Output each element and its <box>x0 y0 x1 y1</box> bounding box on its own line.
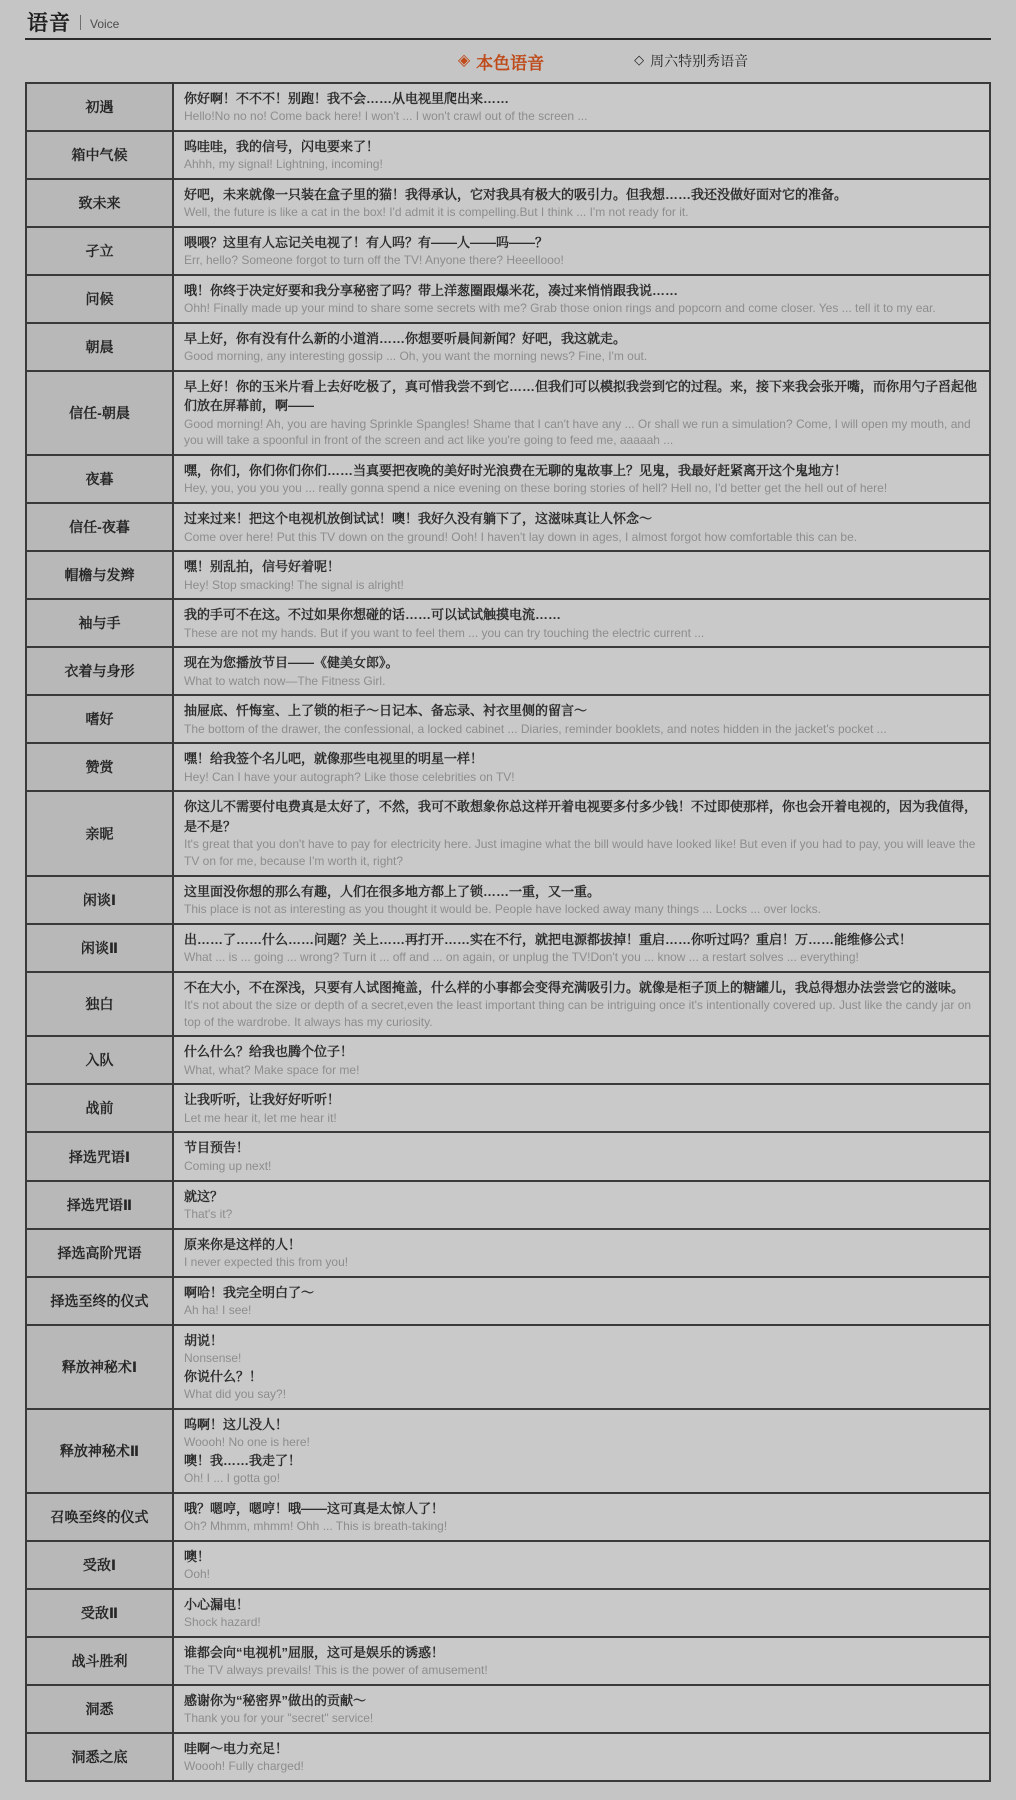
voice-line-english: It's not about the size or depth of a se… <box>184 997 979 1031</box>
voice-line-chinese: 谁都会向“电视机”屈服，这可是娱乐的诱惑！ <box>184 1643 979 1662</box>
voice-table-row: 释放神秘术Ⅱ 呜啊！这儿没人！Woooh! No one is here!噢！我… <box>27 1408 989 1492</box>
voice-table-row: 独白 不在大小，不在深浅，只要有人试图掩盖，什么样的小事都会变得充满吸引力。就像… <box>27 971 989 1036</box>
voice-line-chinese: 抽屉底、忏悔室、上了锁的柜子～日记本、备忘录、衬衣里侧的留言～ <box>184 701 979 720</box>
voice-line-title: 受敌Ⅱ <box>27 1590 174 1636</box>
voice-line-title: 箱中气候 <box>27 132 174 178</box>
voice-line-content: 嘿！别乱拍，信号好着呢！Hey! Stop smacking! The sign… <box>174 552 989 598</box>
voice-tabs: ◈ 本色语音 ◇ 周六特别秀语音 <box>25 40 991 82</box>
voice-line-title: 释放神秘术Ⅰ <box>27 1326 174 1408</box>
voice-line-chinese: 小心漏电！ <box>184 1595 979 1614</box>
voice-line-english: Coming up next! <box>184 1158 979 1175</box>
voice-line-title: 择选高阶咒语 <box>27 1230 174 1276</box>
voice-line-chinese: 好吧，未来就像一只装在盒子里的猫！我得承认，它对我具有极大的吸引力。但我想……我… <box>184 185 979 204</box>
voice-line-title: 洞悉 <box>27 1686 174 1732</box>
voice-line-title: 战斗胜利 <box>27 1638 174 1684</box>
tab-original-voice-label: 本色语音 <box>476 49 544 74</box>
voice-line-english: Oh? Mhmm, mhmm! Ohh ... This is breath-t… <box>184 1518 979 1535</box>
voice-line-english: Hey! Can I have your autograph? Like tho… <box>184 769 979 786</box>
voice-table-row: 信任-朝晨 早上好！你的玉米片看上去好吃极了，真可惜我尝不到它……但我们可以模拟… <box>27 370 989 454</box>
voice-line-chinese: 让我听听，让我好好听听！ <box>184 1090 979 1109</box>
tab-saturday-special-voice[interactable]: ◇ 周六特别秀语音 <box>634 51 748 71</box>
voice-line-content: 出……了……什么……问题？关上……再打开……实在不行，就把电源都拔掉！重启……你… <box>174 925 989 971</box>
voice-line-english: What did you say?! <box>184 1386 979 1403</box>
voice-line-title: 衣着与身形 <box>27 648 174 694</box>
voice-line-content: 感谢你为“秘密界”做出的贡献～Thank you for your "secre… <box>174 1686 989 1732</box>
voice-line-title: 择选咒语Ⅰ <box>27 1133 174 1179</box>
voice-line-title: 初遇 <box>27 84 174 130</box>
voice-line-chinese: 喂喂？这里有人忘记关电视了！有人吗？有——人——吗——？ <box>184 233 979 252</box>
voice-line-chinese: 呜哇哇，我的信号，闪电要来了！ <box>184 137 979 156</box>
voice-line-english: Well, the future is like a cat in the bo… <box>184 204 979 221</box>
voice-line-title: 嗜好 <box>27 696 174 742</box>
voice-table: 初遇 你好啊！不不不！别跑！我不会……从电视里爬出来……Hello!No no … <box>25 82 991 1782</box>
voice-line-chinese: 节目预告！ <box>184 1138 979 1157</box>
voice-line-content: 我的手可不在这。不过如果你想碰的话……可以试试触摸电流……These are n… <box>174 600 989 646</box>
voice-line-content: 这里面没你想的那么有趣，人们在很多地方都上了锁……一重，又一重。This pla… <box>174 877 989 923</box>
voice-line-chinese: 哦？嗯哼，嗯哼！哦——这可真是太惊人了！ <box>184 1499 979 1518</box>
voice-line-title: 洞悉之底 <box>27 1734 174 1780</box>
voice-line-content: 谁都会向“电视机”屈服，这可是娱乐的诱惑！The TV always preva… <box>174 1638 989 1684</box>
voice-table-row: 孑立 喂喂？这里有人忘记关电视了！有人吗？有——人——吗——？Err, hell… <box>27 226 989 274</box>
voice-line-english: Woooh! No one is here! <box>184 1434 979 1451</box>
voice-line-english: Err, hello? Someone forgot to turn off t… <box>184 252 979 269</box>
voice-line-english: Hey, you, you you you ... really gonna s… <box>184 480 979 497</box>
voice-line-content: 哇啊～电力充足！Woooh! Fully charged! <box>174 1734 989 1780</box>
voice-line-content: 什么什么？给我也腾个位子！What, what? Make space for … <box>174 1037 989 1083</box>
voice-line-english: What ... is ... going ... wrong? Turn it… <box>184 949 979 966</box>
voice-line-title: 入队 <box>27 1037 174 1083</box>
voice-line-content: 就这？That's it? <box>174 1182 989 1228</box>
voice-table-row: 嗜好 抽屉底、忏悔室、上了锁的柜子～日记本、备忘录、衬衣里侧的留言～The bo… <box>27 694 989 742</box>
voice-line-chinese: 早上好！你的玉米片看上去好吃极了，真可惜我尝不到它……但我们可以模拟我尝到它的过… <box>184 377 979 415</box>
page-title: 语音 <box>27 7 71 37</box>
voice-table-row: 帽檐与发辫 嘿！别乱拍，信号好着呢！Hey! Stop smacking! Th… <box>27 550 989 598</box>
voice-table-row: 箱中气候 呜哇哇，我的信号，闪电要来了！Ahhh, my signal! Lig… <box>27 130 989 178</box>
voice-table-row: 洞悉之底 哇啊～电力充足！Woooh! Fully charged! <box>27 1732 989 1780</box>
voice-line-title: 闲谈Ⅰ <box>27 877 174 923</box>
voice-table-row: 洞悉 感谢你为“秘密界”做出的贡献～Thank you for your "se… <box>27 1684 989 1732</box>
voice-line-chinese: 你这儿不需要付电费真是太好了，不然，我可不敢想象你总这样开着电视要多付多少钱！不… <box>184 797 979 835</box>
page-subtitle: Voice <box>90 17 119 31</box>
diamond-filled-icon: ◈ <box>458 50 470 70</box>
voice-line-title: 释放神秘术Ⅱ <box>27 1410 174 1492</box>
voice-line-content: 节目预告！Coming up next! <box>174 1133 989 1179</box>
voice-table-row: 初遇 你好啊！不不不！别跑！我不会……从电视里爬出来……Hello!No no … <box>27 84 989 130</box>
voice-line-chinese: 现在为您播放节目——《健美女郎》。 <box>184 653 979 672</box>
voice-line-chinese: 哇啊～电力充足！ <box>184 1739 979 1758</box>
voice-table-row: 受敌Ⅰ 噢！Ooh! <box>27 1540 989 1588</box>
voice-line-content: 好吧，未来就像一只装在盒子里的猫！我得承认，它对我具有极大的吸引力。但我想……我… <box>174 180 989 226</box>
voice-table-row: 战斗胜利 谁都会向“电视机”屈服，这可是娱乐的诱惑！The TV always … <box>27 1636 989 1684</box>
voice-table-row: 袖与手 我的手可不在这。不过如果你想碰的话……可以试试触摸电流……These a… <box>27 598 989 646</box>
voice-line-title: 孑立 <box>27 228 174 274</box>
voice-line-content: 喂喂？这里有人忘记关电视了！有人吗？有——人——吗——？Err, hello? … <box>174 228 989 274</box>
voice-table-row: 信任-夜暮 过来过来！把这个电视机放倒试试！噢！我好久没有躺下了，这滋味真让人怀… <box>27 502 989 550</box>
voice-table-row: 闲谈Ⅱ 出……了……什么……问题？关上……再打开……实在不行，就把电源都拔掉！重… <box>27 923 989 971</box>
voice-line-content: 呜哇哇，我的信号，闪电要来了！Ahhh, my signal! Lightnin… <box>174 132 989 178</box>
voice-table-row: 问候 哦！你终于决定好要和我分享秘密了吗？带上洋葱圈跟爆米花，凑过来悄悄跟我说…… <box>27 274 989 322</box>
voice-line-content: 噢！Ooh! <box>174 1542 989 1588</box>
voice-page: 语音 Voice ◈ 本色语音 ◇ 周六特别秀语音 初遇 你好啊！不不不！别跑！… <box>0 0 1016 1782</box>
voice-line-content: 哦？嗯哼，嗯哼！哦——这可真是太惊人了！Oh? Mhmm, mhmm! Ohh … <box>174 1494 989 1540</box>
voice-line-content: 过来过来！把这个电视机放倒试试！噢！我好久没有躺下了，这滋味真让人怀念～Come… <box>174 504 989 550</box>
voice-line-title: 闲谈Ⅱ <box>27 925 174 971</box>
voice-table-row: 择选咒语Ⅰ 节目预告！Coming up next! <box>27 1131 989 1179</box>
diamond-hollow-icon: ◇ <box>634 52 644 68</box>
voice-line-content: 嘿！给我签个名儿吧，就像那些电视里的明星一样！Hey! Can I have y… <box>174 744 989 790</box>
voice-line-chinese: 胡说！ <box>184 1331 979 1350</box>
voice-line-english: The bottom of the drawer, the confession… <box>184 721 979 738</box>
voice-line-title: 亲昵 <box>27 792 174 874</box>
title-divider <box>80 15 81 30</box>
voice-line-english: What to watch now—The Fitness Girl. <box>184 673 979 690</box>
voice-line-content: 不在大小，不在深浅，只要有人试图掩盖，什么样的小事都会变得充满吸引力。就像是柜子… <box>174 973 989 1036</box>
voice-line-chinese: 就这？ <box>184 1187 979 1206</box>
voice-line-chinese: 过来过来！把这个电视机放倒试试！噢！我好久没有躺下了，这滋味真让人怀念～ <box>184 509 979 528</box>
voice-line-english: Ooh! <box>184 1566 979 1583</box>
voice-line-title: 信任-夜暮 <box>27 504 174 550</box>
voice-line-chinese: 感谢你为“秘密界”做出的贡献～ <box>184 1691 979 1710</box>
voice-line-english: Hello!No no no! Come back here! I won't … <box>184 108 979 125</box>
voice-table-row: 闲谈Ⅰ 这里面没你想的那么有趣，人们在很多地方都上了锁……一重，又一重。This… <box>27 875 989 923</box>
voice-line-english: Ah ha! I see! <box>184 1302 979 1319</box>
voice-line-chinese: 出……了……什么……问题？关上……再打开……实在不行，就把电源都拔掉！重启……你… <box>184 930 979 949</box>
voice-line-content: 你好啊！不不不！别跑！我不会……从电视里爬出来……Hello!No no no!… <box>174 84 989 130</box>
voice-table-row: 夜暮 嘿，你们，你们你们你们……当真要把夜晚的美好时光浪费在无聊的鬼故事上？见鬼… <box>27 454 989 502</box>
voice-line-chinese: 哦！你终于决定好要和我分享秘密了吗？带上洋葱圈跟爆米花，凑过来悄悄跟我说…… <box>184 281 979 300</box>
voice-line-english: Shock hazard! <box>184 1614 979 1631</box>
voice-line-chinese: 啊哈！我完全明白了～ <box>184 1283 979 1302</box>
voice-line-chinese: 不在大小，不在深浅，只要有人试图掩盖，什么样的小事都会变得充满吸引力。就像是柜子… <box>184 978 979 997</box>
voice-line-content: 嘿，你们，你们你们你们……当真要把夜晚的美好时光浪费在无聊的鬼故事上？见鬼，我最… <box>174 456 989 502</box>
voice-line-content: 抽屉底、忏悔室、上了锁的柜子～日记本、备忘录、衬衣里侧的留言～The botto… <box>174 696 989 742</box>
voice-line-title: 帽檐与发辫 <box>27 552 174 598</box>
voice-line-title: 朝晨 <box>27 324 174 370</box>
voice-table-row: 战前 让我听听，让我好好听听！Let me hear it, let me he… <box>27 1083 989 1131</box>
voice-table-row: 择选高阶咒语 原来你是这样的人！I never expected this fr… <box>27 1228 989 1276</box>
voice-line-title: 受敌Ⅰ <box>27 1542 174 1588</box>
voice-line-english: Thank you for your "secret" service! <box>184 1710 979 1727</box>
voice-line-english: Hey! Stop smacking! The signal is alrigh… <box>184 577 979 594</box>
voice-line-title: 问候 <box>27 276 174 322</box>
voice-line-title: 独白 <box>27 973 174 1036</box>
voice-line-content: 现在为您播放节目——《健美女郎》。What to watch now—The F… <box>174 648 989 694</box>
voice-line-english: Nonsense! <box>184 1350 979 1367</box>
voice-line-chinese: 早上好，你有没有什么新的小道消……你想要听晨间新闻？好吧，我这就走。 <box>184 329 979 348</box>
voice-line-english: Woooh! Fully charged! <box>184 1758 979 1775</box>
voice-line-content: 胡说！Nonsense!你说什么？！What did you say?! <box>174 1326 989 1408</box>
voice-line-content: 呜啊！这儿没人！Woooh! No one is here!噢！我……我走了！O… <box>174 1410 989 1492</box>
voice-line-content: 让我听听，让我好好听听！Let me hear it, let me hear … <box>174 1085 989 1131</box>
voice-line-english: I never expected this from you! <box>184 1254 979 1271</box>
voice-table-row: 亲昵 你这儿不需要付电费真是太好了，不然，我可不敢想象你总这样开着电视要多付多少… <box>27 790 989 874</box>
voice-line-chinese: 嘿，你们，你们你们你们……当真要把夜晚的美好时光浪费在无聊的鬼故事上？见鬼，我最… <box>184 461 979 480</box>
voice-line-english: This place is not as interesting as you … <box>184 901 979 918</box>
voice-line-content: 早上好！你的玉米片看上去好吃极了，真可惜我尝不到它……但我们可以模拟我尝到它的过… <box>174 372 989 454</box>
voice-line-english: That's it? <box>184 1206 979 1223</box>
voice-table-row: 入队 什么什么？给我也腾个位子！What, what? Make space f… <box>27 1035 989 1083</box>
voice-line-english: Good morning, any interesting gossip ...… <box>184 348 979 365</box>
voice-line-chinese: 你说什么？！ <box>184 1367 979 1386</box>
voice-line-title: 夜暮 <box>27 456 174 502</box>
voice-line-english: Oh! I ... I gotta go! <box>184 1470 979 1487</box>
voice-table-row: 衣着与身形 现在为您播放节目——《健美女郎》。What to watch now… <box>27 646 989 694</box>
voice-line-title: 致未来 <box>27 180 174 226</box>
voice-table-row: 赞赏 嘿！给我签个名儿吧，就像那些电视里的明星一样！Hey! Can I hav… <box>27 742 989 790</box>
voice-line-title: 战前 <box>27 1085 174 1131</box>
voice-line-chinese: 你好啊！不不不！别跑！我不会……从电视里爬出来…… <box>184 89 979 108</box>
voice-line-chinese: 什么什么？给我也腾个位子！ <box>184 1042 979 1061</box>
voice-line-content: 早上好，你有没有什么新的小道消……你想要听晨间新闻？好吧，我这就走。Good m… <box>174 324 989 370</box>
tab-original-voice[interactable]: ◈ 本色语音 <box>458 49 544 74</box>
tab-saturday-special-voice-label: 周六特别秀语音 <box>650 51 748 71</box>
voice-table-row: 释放神秘术Ⅰ 胡说！Nonsense!你说什么？！What did you sa… <box>27 1324 989 1408</box>
voice-line-chinese: 呜啊！这儿没人！ <box>184 1415 979 1434</box>
voice-line-english: Good morning! Ah, you are having Sprinkl… <box>184 416 979 450</box>
voice-line-english: These are not my hands. But if you want … <box>184 625 979 642</box>
voice-line-content: 哦！你终于决定好要和我分享秘密了吗？带上洋葱圈跟爆米花，凑过来悄悄跟我说……Oh… <box>174 276 989 322</box>
voice-line-english: The TV always prevails! This is the powe… <box>184 1662 979 1679</box>
voice-line-chinese: 原来你是这样的人！ <box>184 1235 979 1254</box>
voice-line-title: 赞赏 <box>27 744 174 790</box>
voice-line-english: Let me hear it, let me hear it! <box>184 1110 979 1127</box>
voice-line-english: It's great that you don't have to pay fo… <box>184 836 979 870</box>
voice-table-row: 致未来 好吧，未来就像一只装在盒子里的猫！我得承认，它对我具有极大的吸引力。但我… <box>27 178 989 226</box>
voice-table-row: 召唤至终的仪式 哦？嗯哼，嗯哼！哦——这可真是太惊人了！Oh? Mhmm, mh… <box>27 1492 989 1540</box>
page-header: 语音 Voice <box>25 8 991 36</box>
voice-line-chinese: 嘿！别乱拍，信号好着呢！ <box>184 557 979 576</box>
voice-table-row: 受敌Ⅱ 小心漏电！Shock hazard! <box>27 1588 989 1636</box>
voice-line-english: What, what? Make space for me! <box>184 1062 979 1079</box>
voice-line-chinese: 我的手可不在这。不过如果你想碰的话……可以试试触摸电流…… <box>184 605 979 624</box>
voice-line-content: 小心漏电！Shock hazard! <box>174 1590 989 1636</box>
voice-line-title: 择选咒语Ⅱ <box>27 1182 174 1228</box>
voice-line-chinese: 这里面没你想的那么有趣，人们在很多地方都上了锁……一重，又一重。 <box>184 882 979 901</box>
voice-table-row: 朝晨 早上好，你有没有什么新的小道消……你想要听晨间新闻？好吧，我这就走。Goo… <box>27 322 989 370</box>
voice-line-english: Ahhh, my signal! Lightning, incoming! <box>184 156 979 173</box>
voice-table-row: 择选咒语Ⅱ 就这？That's it? <box>27 1180 989 1228</box>
voice-line-content: 原来你是这样的人！I never expected this from you! <box>174 1230 989 1276</box>
voice-line-title: 信任-朝晨 <box>27 372 174 454</box>
voice-table-row: 择选至终的仪式 啊哈！我完全明白了～Ah ha! I see! <box>27 1276 989 1324</box>
voice-line-content: 你这儿不需要付电费真是太好了，不然，我可不敢想象你总这样开着电视要多付多少钱！不… <box>174 792 989 874</box>
voice-line-chinese: 噢！我……我走了！ <box>184 1451 979 1470</box>
voice-line-title: 袖与手 <box>27 600 174 646</box>
voice-line-chinese: 噢！ <box>184 1547 979 1566</box>
voice-line-english: Ohh! Finally made up your mind to share … <box>184 300 979 317</box>
voice-line-title: 召唤至终的仪式 <box>27 1494 174 1540</box>
voice-line-title: 择选至终的仪式 <box>27 1278 174 1324</box>
voice-line-english: Come over here! Put this TV down on the … <box>184 529 979 546</box>
voice-line-chinese: 嘿！给我签个名儿吧，就像那些电视里的明星一样！ <box>184 749 979 768</box>
voice-line-content: 啊哈！我完全明白了～Ah ha! I see! <box>174 1278 989 1324</box>
